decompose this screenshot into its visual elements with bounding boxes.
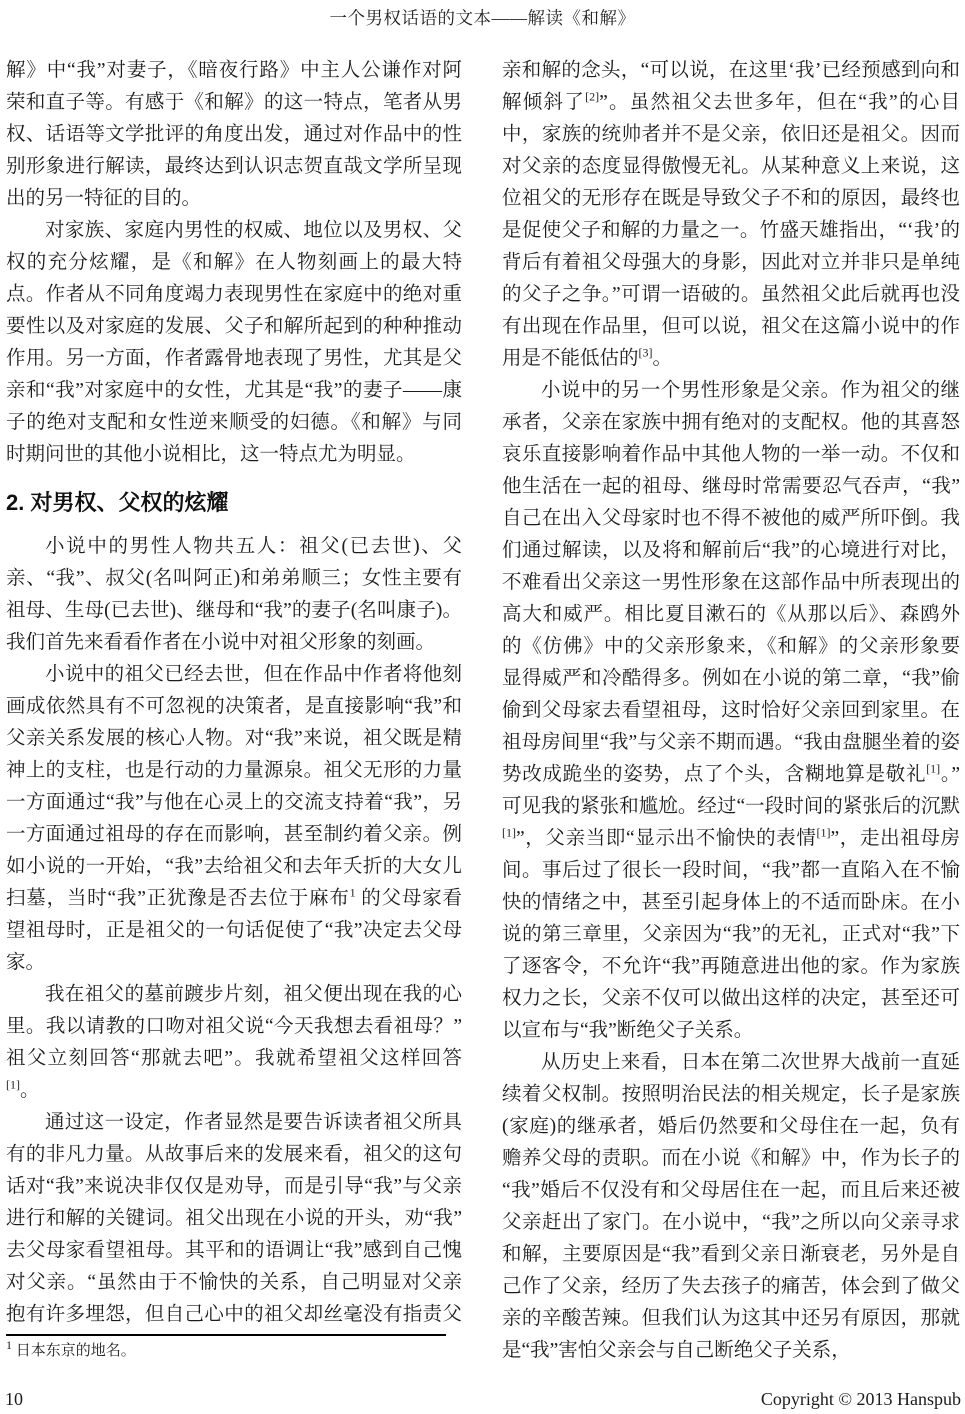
copyright-notice: Copyright © 2013 Hanspub	[761, 1388, 961, 1410]
paragraph: 小说中的男性人物共五人：祖父(已去世)、父亲、“我”、叔父(名叫阿正)和弟弟顺三…	[6, 531, 462, 659]
paragraph: 小说中的祖父已经去世，但在作品中作者将他刻画成依然具有不可忽视的决策者，是直接影…	[6, 659, 462, 979]
footnote-block: 1 日本东京的地名。	[6, 1334, 462, 1362]
footnote-text: 1 日本东京的地名。	[6, 1341, 462, 1362]
section-heading: 2. 对男权、父权的炫耀	[6, 488, 462, 518]
paragraph: 小说中的另一个男性形象是父亲。作为祖父的继承者，父亲在家族中拥有绝对的支配权。他…	[502, 375, 960, 1047]
footnote-separator-rule	[6, 1334, 446, 1336]
paragraph: 我在祖父的墓前踱步片刻，祖父便出现在我的心里。我以请教的口吻对祖父说“今天我想去…	[6, 979, 462, 1107]
paragraph: 亲和解的念头，“可以说，在这里‘我’已经预感到向和解倾斜了[2]”。虽然祖父去世…	[502, 55, 960, 375]
paragraph: 从历史上来看，日本在第二次世界大战前一直延续着父权制。按照明治民法的相关规定，长…	[502, 1047, 960, 1367]
paragraph: 通过这一设定，作者显然是要告诉读者祖父所具有的非凡力量。从故事后来的发展来看，祖…	[6, 1107, 462, 1336]
running-header-title: 一个男权话语的文本——解读《和解》	[0, 7, 965, 29]
page-number: 10	[5, 1388, 23, 1410]
text-column-right: 亲和解的念头，“可以说，在这里‘我’已经预感到向和解倾斜了[2]”。虽然祖父去世…	[502, 55, 960, 1390]
paragraph: 对家族、家庭内男性的权威、地位以及男权、父权的充分炫耀，是《和解》在人物刻画上的…	[6, 215, 462, 471]
paragraph: 解》中“我”对妻子，《暗夜行路》中主人公谦作对阿荣和直子等。有感于《和解》的这一…	[6, 55, 462, 215]
text-column-left: 解》中“我”对妻子，《暗夜行路》中主人公谦作对阿荣和直子等。有感于《和解》的这一…	[6, 55, 462, 1336]
document-page: 一个男权话语的文本——解读《和解》 解》中“我”对妻子，《暗夜行路》中主人公谦作…	[0, 0, 965, 1414]
